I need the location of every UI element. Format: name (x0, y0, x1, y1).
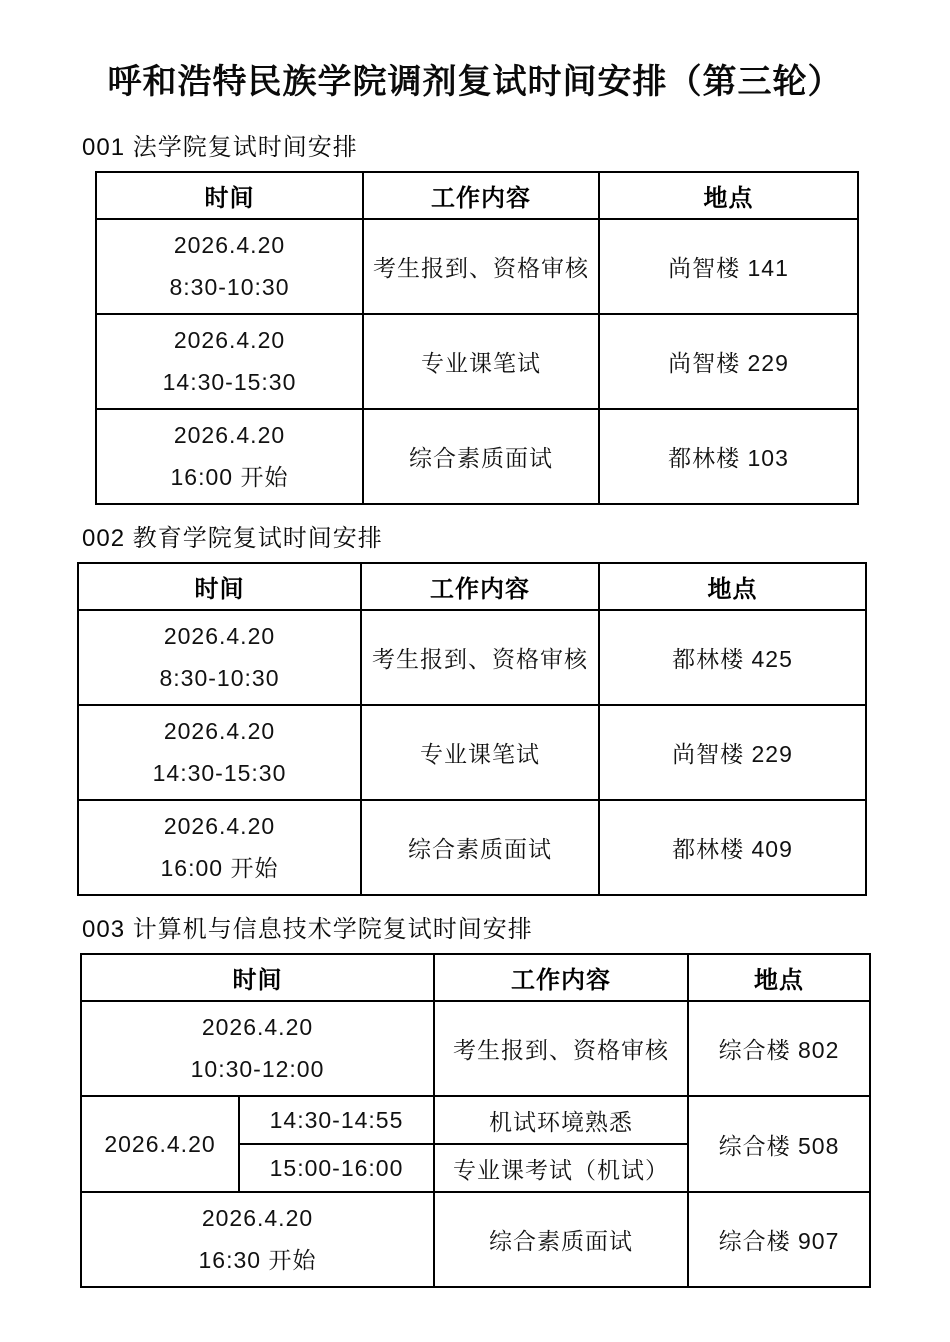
work-content-cell: 考生报到、资格审核 (361, 610, 599, 705)
time-text: 16:00 开始 (79, 856, 360, 881)
column-header-content: 工作内容 (434, 954, 688, 1001)
table-row: 2026.4.20 10:30-12:00 考生报到、资格审核 综合楼 802 (81, 1001, 870, 1096)
time-cell: 2026.4.20 14:30-15:30 (96, 314, 363, 409)
date-text: 2026.4.20 (97, 423, 362, 448)
column-header-location: 地点 (599, 563, 866, 610)
column-header-time: 时间 (96, 172, 363, 219)
time-text: 16:30 开始 (82, 1248, 433, 1273)
time-cell: 2026.4.20 14:30-15:30 (78, 705, 361, 800)
date-text: 2026.4.20 (82, 1206, 433, 1231)
date-text: 2026.4.20 (79, 814, 360, 839)
time-cell: 2026.4.20 8:30-10:30 (78, 610, 361, 705)
section-heading-003: 003 计算机与信息技术学院复试时间安排 (82, 909, 950, 944)
section-001-law-school: 001 法学院复试时间安排 时间 工作内容 地点 2026.4.20 8:30-… (0, 127, 950, 505)
time-text: 16:00 开始 (97, 465, 362, 490)
location-cell: 都林楼 425 (599, 610, 866, 705)
table-row: 2026.4.20 8:30-10:30 考生报到、资格审核 尚智楼 141 (96, 219, 858, 314)
time-cell: 2026.4.20 10:30-12:00 (81, 1001, 434, 1096)
time-cell: 2026.4.20 16:30 开始 (81, 1192, 434, 1287)
schedule-table-003: 时间 工作内容 地点 2026.4.20 10:30-12:00 考生报到、资格… (80, 953, 871, 1288)
subrow-content-cell: 机试环境熟悉 (434, 1096, 688, 1144)
table-row: 2026.4.20 16:30 开始 综合素质面试 综合楼 907 (81, 1192, 870, 1287)
column-header-location: 地点 (688, 954, 870, 1001)
subrow-time-cell: 14:30-14:55 (239, 1096, 434, 1144)
table-row: 2026.4.20 16:00 开始 综合素质面试 都林楼 409 (78, 800, 866, 895)
header-row: 时间 工作内容 地点 (96, 172, 858, 219)
column-header-time: 时间 (78, 563, 361, 610)
location-cell: 都林楼 409 (599, 800, 866, 895)
time-cell: 2026.4.20 8:30-10:30 (96, 219, 363, 314)
work-content-cell: 综合素质面试 (363, 409, 599, 504)
location-cell: 尚智楼 229 (599, 314, 858, 409)
time-cell: 2026.4.20 16:00 开始 (78, 800, 361, 895)
time-text: 8:30-10:30 (79, 666, 360, 691)
time-text: 8:30-10:30 (97, 275, 362, 300)
time-text: 14:30-15:30 (79, 761, 360, 786)
work-content-cell: 专业课笔试 (361, 705, 599, 800)
column-header-content: 工作内容 (361, 563, 599, 610)
date-text: 2026.4.20 (79, 719, 360, 744)
column-header-location: 地点 (599, 172, 858, 219)
time-text: 14:30-15:30 (97, 370, 362, 395)
section-heading-002: 002 教育学院复试时间安排 (82, 518, 950, 553)
location-cell: 尚智楼 229 (599, 705, 866, 800)
column-header-content: 工作内容 (363, 172, 599, 219)
location-cell: 都林楼 103 (599, 409, 858, 504)
location-cell: 综合楼 907 (688, 1192, 870, 1287)
date-cell: 2026.4.20 (81, 1096, 239, 1192)
schedule-table-001: 时间 工作内容 地点 2026.4.20 8:30-10:30 考生报到、资格审… (95, 171, 859, 505)
header-row: 时间 工作内容 地点 (78, 563, 866, 610)
table-row: 2026.4.20 16:00 开始 综合素质面试 都林楼 103 (96, 409, 858, 504)
header-row: 时间 工作内容 地点 (81, 954, 870, 1001)
work-content-cell: 综合素质面试 (434, 1192, 688, 1287)
location-cell: 尚智楼 141 (599, 219, 858, 314)
date-text: 2026.4.20 (97, 233, 362, 258)
section-heading-001: 001 法学院复试时间安排 (82, 127, 950, 162)
document-page: 呼和浩特民族学院调剂复试时间安排（第三轮） 001 法学院复试时间安排 时间 工… (0, 0, 950, 1342)
table-row: 2026.4.20 14:30-15:30 专业课笔试 尚智楼 229 (96, 314, 858, 409)
section-002-education: 002 教育学院复试时间安排 时间 工作内容 地点 2026.4.20 8:30… (0, 518, 950, 896)
time-text: 10:30-12:00 (82, 1057, 433, 1082)
section-003-computer-it: 003 计算机与信息技术学院复试时间安排 时间 工作内容 地点 2026.4.2… (0, 909, 950, 1288)
time-cell: 2026.4.20 16:00 开始 (96, 409, 363, 504)
work-content-cell: 专业课笔试 (363, 314, 599, 409)
work-content-cell: 考生报到、资格审核 (363, 219, 599, 314)
work-content-cell: 综合素质面试 (361, 800, 599, 895)
location-cell: 综合楼 802 (688, 1001, 870, 1096)
table-row: 2026.4.20 14:30-15:30 专业课笔试 尚智楼 229 (78, 705, 866, 800)
table-row: 2026.4.20 8:30-10:30 考生报到、资格审核 都林楼 425 (78, 610, 866, 705)
document-title: 呼和浩特民族学院调剂复试时间安排（第三轮） (0, 0, 950, 103)
subrow-content-cell: 专业课考试（机试） (434, 1144, 688, 1192)
column-header-time: 时间 (81, 954, 434, 1001)
table-row: 2026.4.20 14:30-14:55 机试环境熟悉 综合楼 508 (81, 1096, 870, 1144)
date-text: 2026.4.20 (82, 1015, 433, 1040)
date-text: 2026.4.20 (97, 328, 362, 353)
location-cell: 综合楼 508 (688, 1096, 870, 1192)
work-content-cell: 考生报到、资格审核 (434, 1001, 688, 1096)
date-text: 2026.4.20 (79, 624, 360, 649)
schedule-table-002: 时间 工作内容 地点 2026.4.20 8:30-10:30 考生报到、资格审… (77, 562, 867, 896)
subrow-time-cell: 15:00-16:00 (239, 1144, 434, 1192)
